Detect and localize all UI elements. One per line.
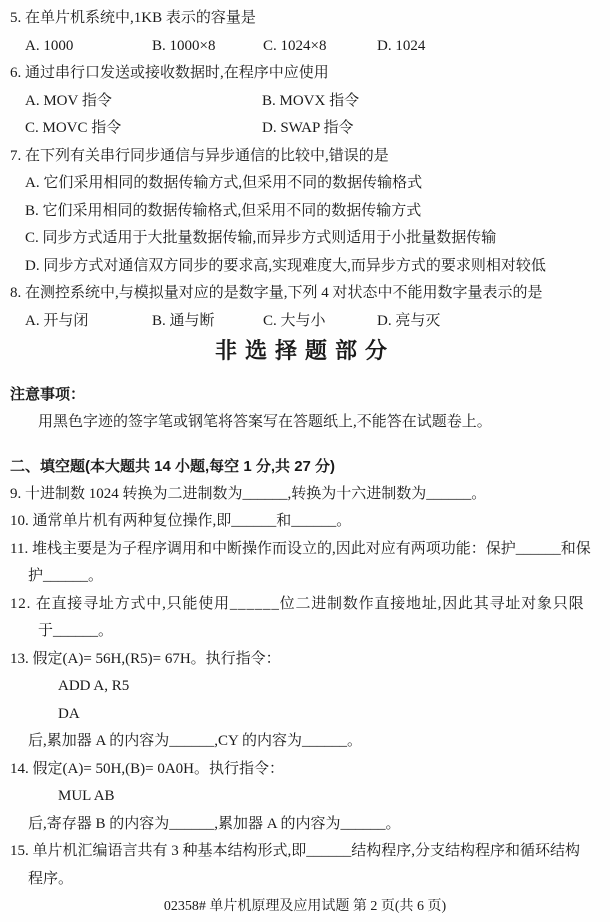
q7-option-a: A. 它们采用相同的数据传输方式,但采用不同的数据传输格式 <box>10 170 600 198</box>
question-8-options: A. 开与闭 B. 通与断 C. 大与小 D. 亮与灭 <box>10 308 600 336</box>
q8-option-d: D. 亮与灭 <box>377 308 600 336</box>
question-12-line1: 12. 在直接寻址方式中,只能使用______位二进制数作直接地址,因此其寻址对… <box>10 591 600 619</box>
q8-option-b: B. 通与断 <box>152 308 263 336</box>
fill-section-heading: 二、填空题(本大题共 14 小题,每空 1 分,共 27 分) <box>10 453 600 481</box>
question-11-line1: 11. 堆栈主要是为子程序调用和中断操作而设立的,因此对应有两项功能：保护___… <box>10 536 600 564</box>
q6-option-a: A. MOV 指令 <box>25 88 262 116</box>
question-14-code-mul: MUL AB <box>10 783 600 811</box>
q5-option-c: C. 1024×8 <box>263 33 377 61</box>
page-footer: 02358# 单片机原理及应用试题 第 2 页(共 6 页) <box>10 893 600 921</box>
question-13-code-add: ADD A, R5 <box>10 673 600 701</box>
q6-option-d: D. SWAP 指令 <box>262 115 600 143</box>
q5-option-a: A. 1000 <box>25 33 152 61</box>
question-15-line1: 15. 单片机汇编语言共有 3 种基本结构形式,即______结构程序,分支结构… <box>10 838 600 866</box>
question-15-line2: 程序。 <box>10 866 600 894</box>
question-7-text: 7. 在下列有关串行同步通信与异步通信的比较中,错误的是 <box>10 143 600 171</box>
q8-option-c: C. 大与小 <box>263 308 377 336</box>
notice-heading: 注意事项： <box>10 381 600 409</box>
question-6-options-row1: A. MOV 指令 B. MOVX 指令 <box>10 88 600 116</box>
notice-text: 用黑色字迹的签字笔或钢笔将答案写在答题纸上,不能答在试题卷上。 <box>10 409 600 437</box>
q8-option-a: A. 开与闭 <box>25 308 152 336</box>
question-14-line1: 14. 假定(A)= 50H,(B)= 0A0H。执行指令： <box>10 756 600 784</box>
q7-option-d: D. 同步方式对通信双方同步的要求高,实现难度大,而异步方式的要求则相对较低 <box>10 253 600 281</box>
section-title: 非选择题部分 <box>10 335 600 367</box>
q5-option-d: D. 1024 <box>377 33 600 61</box>
question-13-code-da: DA <box>10 701 600 729</box>
question-5-options: A. 1000 B. 1000×8 C. 1024×8 D. 1024 <box>10 33 600 61</box>
q6-option-c: C. MOVC 指令 <box>25 115 262 143</box>
question-14-result: 后,寄存器 B 的内容为______,累加器 A 的内容为______。 <box>10 811 600 839</box>
q5-option-b: B. 1000×8 <box>152 33 263 61</box>
question-6-options-row2: C. MOVC 指令 D. SWAP 指令 <box>10 115 600 143</box>
q6-option-b: B. MOVX 指令 <box>262 88 600 116</box>
q7-option-b: B. 它们采用相同的数据传输格式,但采用不同的数据传输方式 <box>10 198 600 226</box>
question-8-text: 8. 在测控系统中,与模拟量对应的是数字量,下列 4 对状态中不能用数字量表示的… <box>10 280 600 308</box>
question-11-line2: 护______。 <box>10 563 600 591</box>
question-13-result: 后,累加器 A 的内容为______,CY 的内容为______。 <box>10 728 600 756</box>
question-10: 10. 通常单片机有两种复位操作,即______和______。 <box>10 508 600 536</box>
question-5-text: 5. 在单片机系统中,1KB 表示的容量是 <box>10 5 600 33</box>
question-6-text: 6. 通过串行口发送或接收数据时,在程序中应使用 <box>10 60 600 88</box>
question-13-line1: 13. 假定(A)= 56H,(R5)= 67H。执行指令： <box>10 646 600 674</box>
q7-option-c: C. 同步方式适用于大批量数据传输,而异步方式则适用于小批量数据传输 <box>10 225 600 253</box>
question-12-line2: 于______。 <box>10 618 600 646</box>
question-9: 9. 十进制数 1024 转换为二进制数为______,转换为十六进制数为___… <box>10 481 600 509</box>
exam-page: 5. 在单片机系统中,1KB 表示的容量是 A. 1000 B. 1000×8 … <box>0 0 610 922</box>
